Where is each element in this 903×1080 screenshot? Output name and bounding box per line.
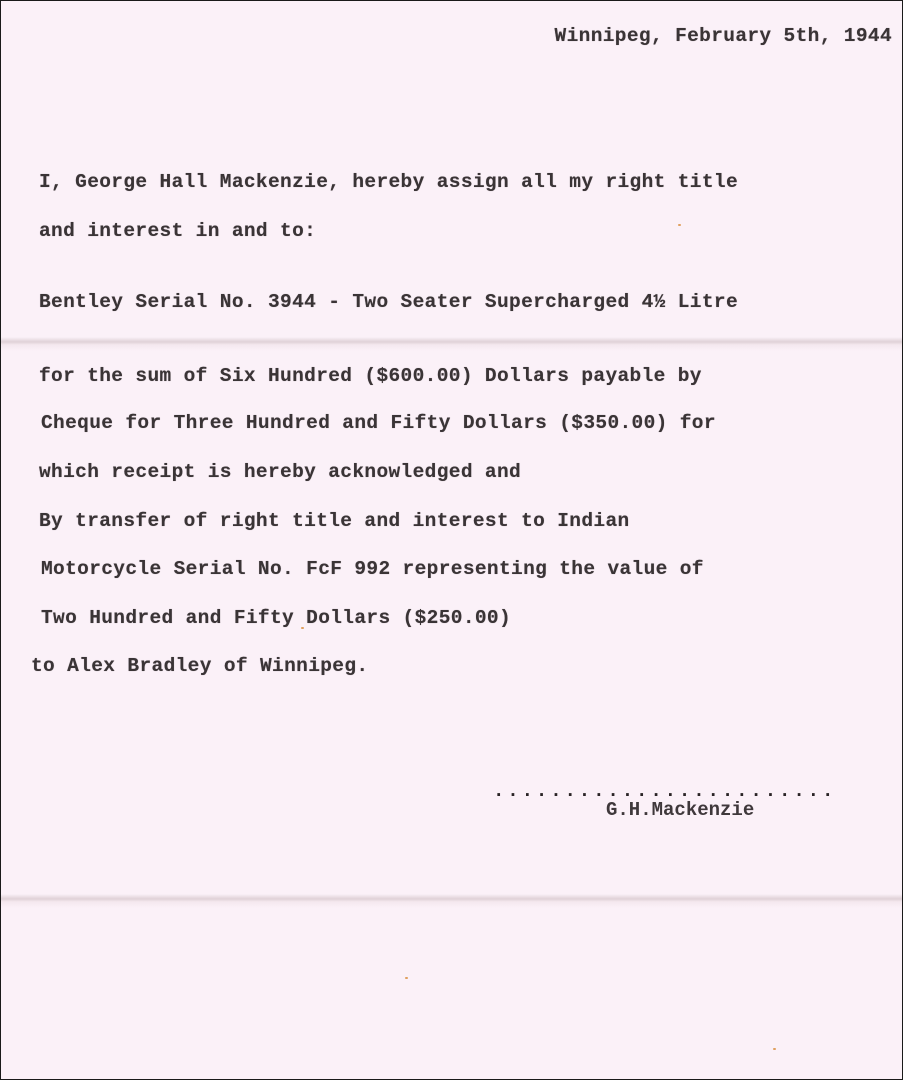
body-line-bentley: Bentley Serial No. 3944 - Two Seater Sup… — [39, 291, 738, 313]
body-line-motorcycle: Motorcycle Serial No. FcF 992 representi… — [41, 558, 704, 580]
body-line-value: Two Hundred and Fifty Dollars ($250.00) — [41, 607, 511, 629]
body-line-assignment: I, George Hall Mackenzie, hereby assign … — [39, 171, 738, 193]
body-line-sum: for the sum of Six Hundred ($600.00) Dol… — [39, 365, 702, 387]
typed-document-page: Winnipeg, February 5th, 1944 I, George H… — [0, 0, 903, 1080]
body-line-receipt: which receipt is hereby acknowledged and — [39, 461, 521, 483]
body-line-recipient: to Alex Bradley of Winnipeg. — [31, 655, 368, 677]
paper-fold-bottom — [1, 894, 902, 908]
dateline: Winnipeg, February 5th, 1944 — [555, 25, 892, 47]
paper-speck — [301, 627, 304, 629]
signature-name: G.H.Mackenzie — [606, 799, 754, 821]
paper-fold-top — [1, 337, 902, 351]
body-line-transfer: By transfer of right title and interest … — [39, 510, 630, 532]
paper-speck — [773, 1048, 776, 1050]
body-line-interest: and interest in and to: — [39, 220, 316, 242]
paper-speck — [678, 224, 681, 226]
paper-speck — [405, 977, 408, 979]
body-line-cheque: Cheque for Three Hundred and Fifty Dolla… — [41, 412, 716, 434]
